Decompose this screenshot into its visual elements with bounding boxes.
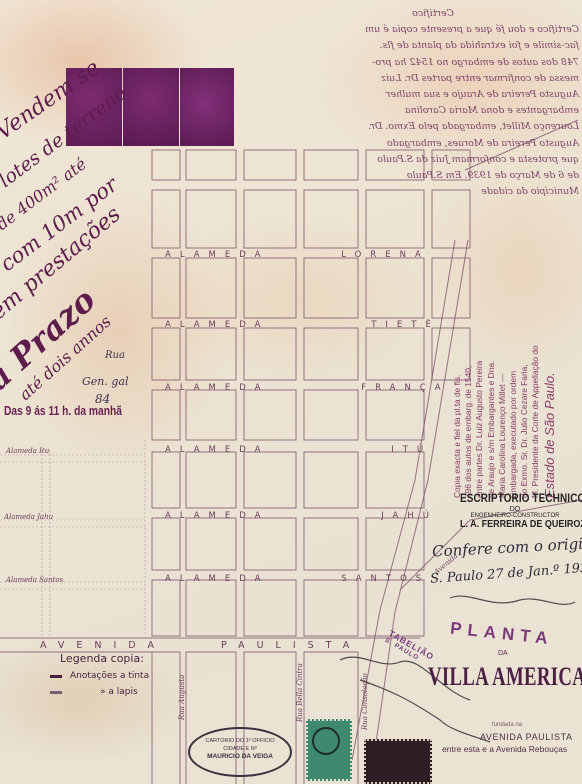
street-alameda-lorena: ALAMEDA LORENA — [165, 250, 430, 260]
ad-note-rua: Rua — [105, 350, 125, 361]
certificate-line: do Exmo. Sr. Dr. Julio Cezare Faria, — [519, 308, 530, 498]
engineer-office-stamp: ESCRIPTORIO TECHNICO DO ENGENHEIRO-CONST… — [460, 492, 582, 530]
left-street-jahu: Alameda Jahu — [4, 513, 53, 521]
black-postage-stamp — [364, 739, 432, 784]
mirror-line: fac-simile e foi extrahida da planta de … — [287, 38, 579, 54]
mirror-line: messa de confirmar entre partes Dr. Luiz — [287, 71, 579, 87]
office-engineer: L. A. FERREIRA DE QUEIROZ — [460, 519, 577, 530]
mirror-line: Augusto Pereira de Moraes, embargado — [287, 136, 579, 152]
certificate-line: de Araujo e s/m Embargantes e Dna. — [486, 308, 497, 498]
mirror-heading: Certifico — [287, 6, 579, 22]
street-rua-augusta: Rua Augusta — [178, 675, 186, 720]
office-hours: Das 9 ás 11 h. da manhã — [4, 404, 122, 418]
street-rua-bella-cintra: Rua Bella Cintra — [296, 663, 304, 722]
street-alameda-jahu: ALAMEDA JAHÚ — [165, 511, 438, 521]
certificate-line: entre partes Dr. Luiz Augusto Pereira — [474, 308, 485, 498]
certificate-line: Embargada, executado por ordem — [508, 308, 519, 498]
certificate-line: Estado de São Paulo. — [542, 308, 558, 498]
mirror-line: Certifico e dou fé que a presente copia … — [287, 22, 579, 38]
mirror-lines: Certifico e dou fé que a presente copia … — [287, 22, 579, 200]
oval-registry-stamp: CARTORIO DO 1º OFFICIO CIDADE E Nº MAURI… — [188, 727, 292, 777]
street-alameda-franca: ALAMEDA FRANÇA — [165, 383, 450, 393]
map-sheet: Vendem se lotes de terreno de 400m² até … — [0, 0, 582, 784]
mirror-line: Lourenço Millet, embargada pelo Exmo. Dr… — [287, 119, 579, 135]
certificate-line: 796 dos autos de embarg. de 1540, — [463, 308, 474, 498]
title-between: entre esta e a Avenida Rebouças — [442, 744, 567, 754]
revenue-stamp-2 — [123, 68, 179, 146]
mirror-line: embargantes e dona Maria Carolina — [287, 103, 579, 119]
legend-item-ink: Anotações a tinta — [60, 671, 149, 681]
title-avenue: AVENIDA PAULISTA — [480, 732, 573, 742]
mirror-line: que protesta e conformam Juiz da S.Paulo — [287, 152, 579, 168]
certificate-line: Maria Carolina Lourenço Millet — — [497, 308, 508, 498]
mirror-line: de 6 de Março de 1939. Em S.Paulo — [287, 168, 579, 184]
revenue-stamp-3 — [180, 68, 234, 146]
street-alameda-santos: ALAMEDA SANTOS — [165, 574, 430, 584]
office-name: ESCRIPTORIO TECHNICO — [460, 492, 571, 505]
mirror-line: Augusto Pereira de Araujo e sua mulher — [287, 87, 579, 103]
street-alameda-itu: ALAMEDA ITÚ — [165, 445, 432, 455]
certificate-line: Copia exacta e fiel da pl.ta de fls. — [452, 308, 463, 498]
title-villa-america: VILLA AMERICA — [428, 662, 582, 692]
office-do: DO — [460, 506, 570, 513]
mirror-line: 748 dos autos de embargo no 1542 ha pro- — [287, 55, 579, 71]
certificate-line: M. Presidente da Corte de Appellação do — [530, 308, 541, 498]
street-avenida-paulista: AVENIDA PAULISTA — [40, 640, 361, 651]
legend-item-pencil: » a lapis — [60, 687, 149, 697]
green-postage-stamp — [306, 719, 352, 781]
map-legend: Legenda copia: Anotações a tinta » a lap… — [60, 652, 149, 697]
left-street-itu: Alameda Itu — [6, 447, 49, 455]
left-street-santos: Alameda Santos — [6, 576, 63, 584]
mirror-line: Município da cidade — [287, 184, 579, 200]
street-rua-consolacao: Rua Consolação — [361, 673, 369, 730]
title-da: DA — [498, 650, 508, 657]
title-sub: fundada na — [492, 722, 522, 728]
ad-note-general: Gen. gal — [82, 375, 129, 388]
mirrored-certificate: Certifico Certifico e dou fé que a prese… — [287, 6, 579, 200]
legend-title: Legenda copia: — [60, 652, 149, 665]
street-alameda-tiete: ALAMEDA TIETÊ — [165, 320, 440, 330]
